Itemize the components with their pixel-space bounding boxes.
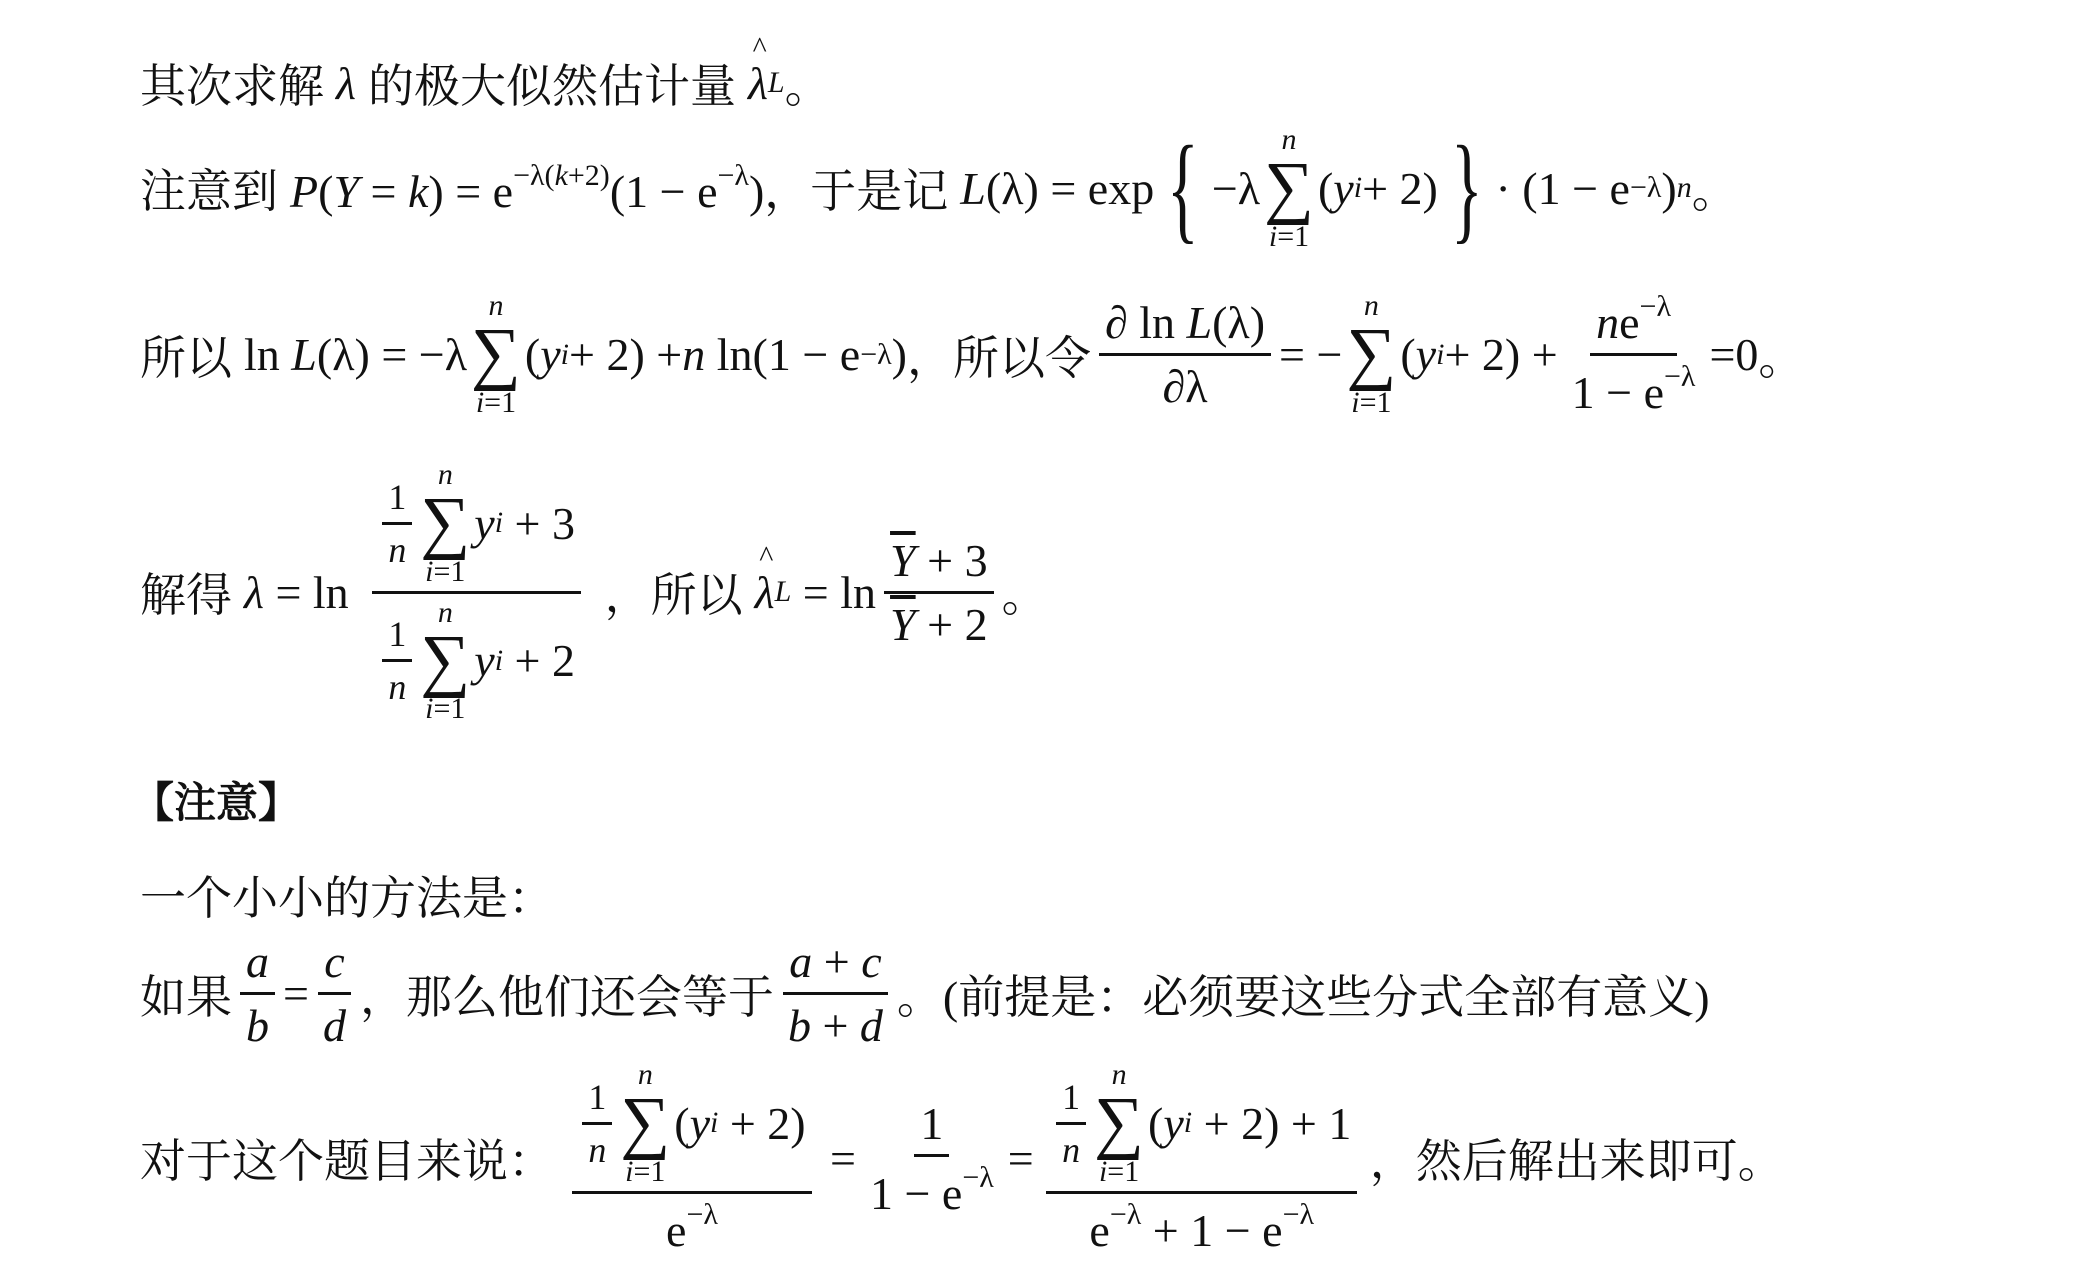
ratio-equality: ab = cd — [232, 935, 360, 1052]
subscript-L: L — [768, 66, 785, 100]
note-heading: 【注意】 — [132, 770, 300, 830]
text: ，然后解出来即可。 — [1370, 1125, 1784, 1191]
note-intro: 一个小小的方法是： — [140, 862, 554, 928]
apply-formula: 1nn∑i=1(yi + 2) e−λ = 11 − e−λ = 1nn∑i=1… — [554, 1060, 1370, 1257]
period: 。 — [785, 50, 831, 116]
text: 注意到 — [140, 155, 278, 221]
line-pmf: 注意到 P(Y = k) = e−λ(k+2)(1 − e−λ) ，于是记 L(… — [140, 125, 1738, 252]
ratio-result: a + cb + d — [782, 935, 889, 1052]
text: 解得 — [140, 559, 232, 625]
loglik-formula: ln L(λ) = −λn∑i=1(yi + 2) + n ln(1 − e−λ… — [244, 291, 907, 418]
lambda-hat: λ — [748, 57, 768, 110]
lambda-symbol: λ — [336, 57, 356, 110]
text: ，那么他们还会等于 — [360, 961, 774, 1027]
text: 所以 — [140, 322, 232, 388]
estimator-formula: λL = lnY + 3Y + 2 — [755, 534, 1002, 651]
text: 如果 — [140, 961, 232, 1027]
text: ，所以令 — [907, 322, 1091, 388]
note-apply: 对于这个题目来说： 1nn∑i=1(yi + 2) e−λ = 11 − e−λ… — [140, 1060, 1784, 1257]
text: ，所以 — [605, 559, 743, 625]
text: 的极大似然估计量 — [368, 50, 736, 116]
text: 。(前提是：必须要这些分式全部有意义) — [897, 961, 1710, 1027]
text: 对于这个题目来说： — [140, 1125, 554, 1191]
line-loglik: 所以 ln L(λ) = −λn∑i=1(yi + 2) + n ln(1 − … — [140, 290, 1804, 419]
note-rule: 如果 ab = cd ，那么他们还会等于 a + cb + d 。(前提是：必须… — [140, 935, 1710, 1052]
period: 。 — [1002, 559, 1048, 625]
period: 。 — [1692, 155, 1738, 221]
derivative-formula: ∂ ln L(λ)∂λ = −n∑i=1(yi + 2) + ne−λ1 − e… — [1091, 290, 1758, 419]
text: ，于是记 — [764, 155, 948, 221]
line-intro: 其次求解 λ 的极大似然估计量 λL 。 — [140, 50, 831, 116]
likelihood-formula: L(λ) = exp{−λn∑i=1(yi + 2)} · (1 − e−λ)n — [960, 125, 1691, 252]
period: 。 — [1758, 322, 1804, 388]
text: 其次求解 — [140, 50, 324, 116]
solution-formula: λ = ln 1nn∑i=1yi + 3 1nn∑i=1yi + 2 — [244, 460, 605, 724]
line-solution: 解得 λ = ln 1nn∑i=1yi + 3 1nn∑i=1yi + 2 ，所… — [140, 460, 1048, 724]
pmf-formula: P(Y = k) = e−λ(k+2)(1 − e−λ) — [290, 159, 764, 218]
